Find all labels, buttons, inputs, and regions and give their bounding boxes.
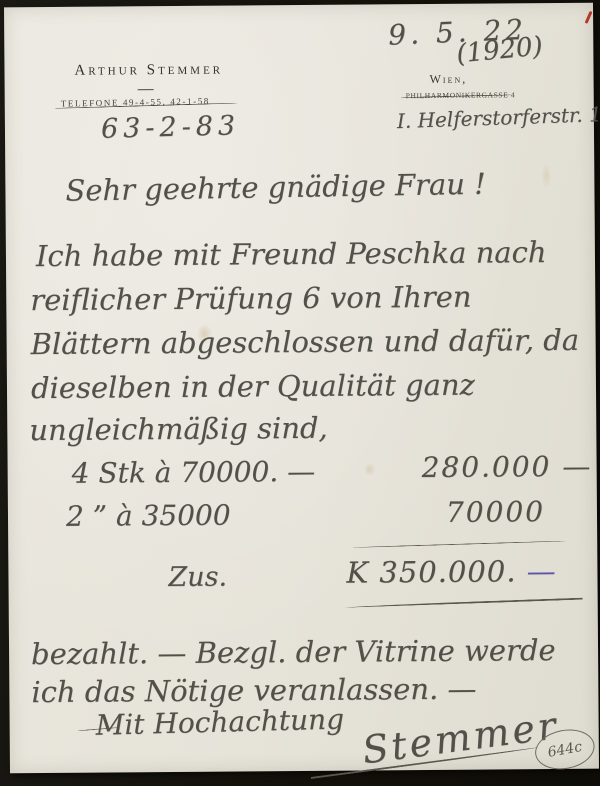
body-line: Blättern abgeschlossen und dafür, da bbox=[31, 323, 580, 361]
signature: Stemmer bbox=[360, 703, 562, 772]
letterhead-city: Wien, bbox=[430, 72, 468, 87]
inventory-number: 644c bbox=[546, 738, 583, 760]
letter-paper: Arthur Stemmer Telefone 49-4-55, 42-1-58… bbox=[4, 3, 599, 774]
letterhead-name: Arthur Stemmer bbox=[74, 62, 223, 80]
valediction: Mit Hochachtung bbox=[95, 703, 344, 742]
paper-stain bbox=[541, 163, 551, 189]
body-line: Ich habe mit Freund Peschka nach bbox=[36, 235, 547, 273]
letterhead-divider bbox=[138, 89, 154, 90]
total-amount-value: K 350.000. bbox=[346, 554, 516, 589]
total-amount: K 350.000. — bbox=[346, 554, 557, 590]
total-dash-violet: — bbox=[516, 554, 556, 588]
body-line: ungleichmäßig sind, bbox=[29, 411, 328, 447]
price-row-amount: 280.000 — bbox=[421, 450, 592, 484]
price-row-item: 4 Stk à 70000. — bbox=[72, 455, 316, 490]
closing-line: bezahlt. — Bezgl. der Vitrine werde bbox=[31, 633, 556, 671]
closing-line: ich das Nötige veranlassen. — bbox=[31, 672, 476, 709]
body-line: dieselben in der Qualität ganz bbox=[31, 368, 475, 405]
total-underline bbox=[345, 598, 583, 608]
body-line: reiflicher Prüfung 6 von Ihren bbox=[30, 280, 472, 317]
address-handwritten: I. Helferstorferstr. 13 bbox=[397, 102, 600, 133]
paper-stain bbox=[364, 462, 376, 476]
red-check-mark bbox=[585, 11, 592, 24]
price-row-item: 2 ” à 35000 bbox=[66, 499, 231, 533]
letter-photo: Arthur Stemmer Telefone 49-4-55, 42-1-58… bbox=[0, 0, 600, 786]
total-label: Zus. bbox=[168, 562, 227, 593]
price-row-amount: 70000 bbox=[446, 495, 545, 529]
salutation: Sehr geehrte gnädige Frau ! bbox=[65, 167, 486, 208]
phone-number-handwritten: 63-2-83 bbox=[101, 110, 241, 145]
sum-rule bbox=[352, 540, 566, 548]
